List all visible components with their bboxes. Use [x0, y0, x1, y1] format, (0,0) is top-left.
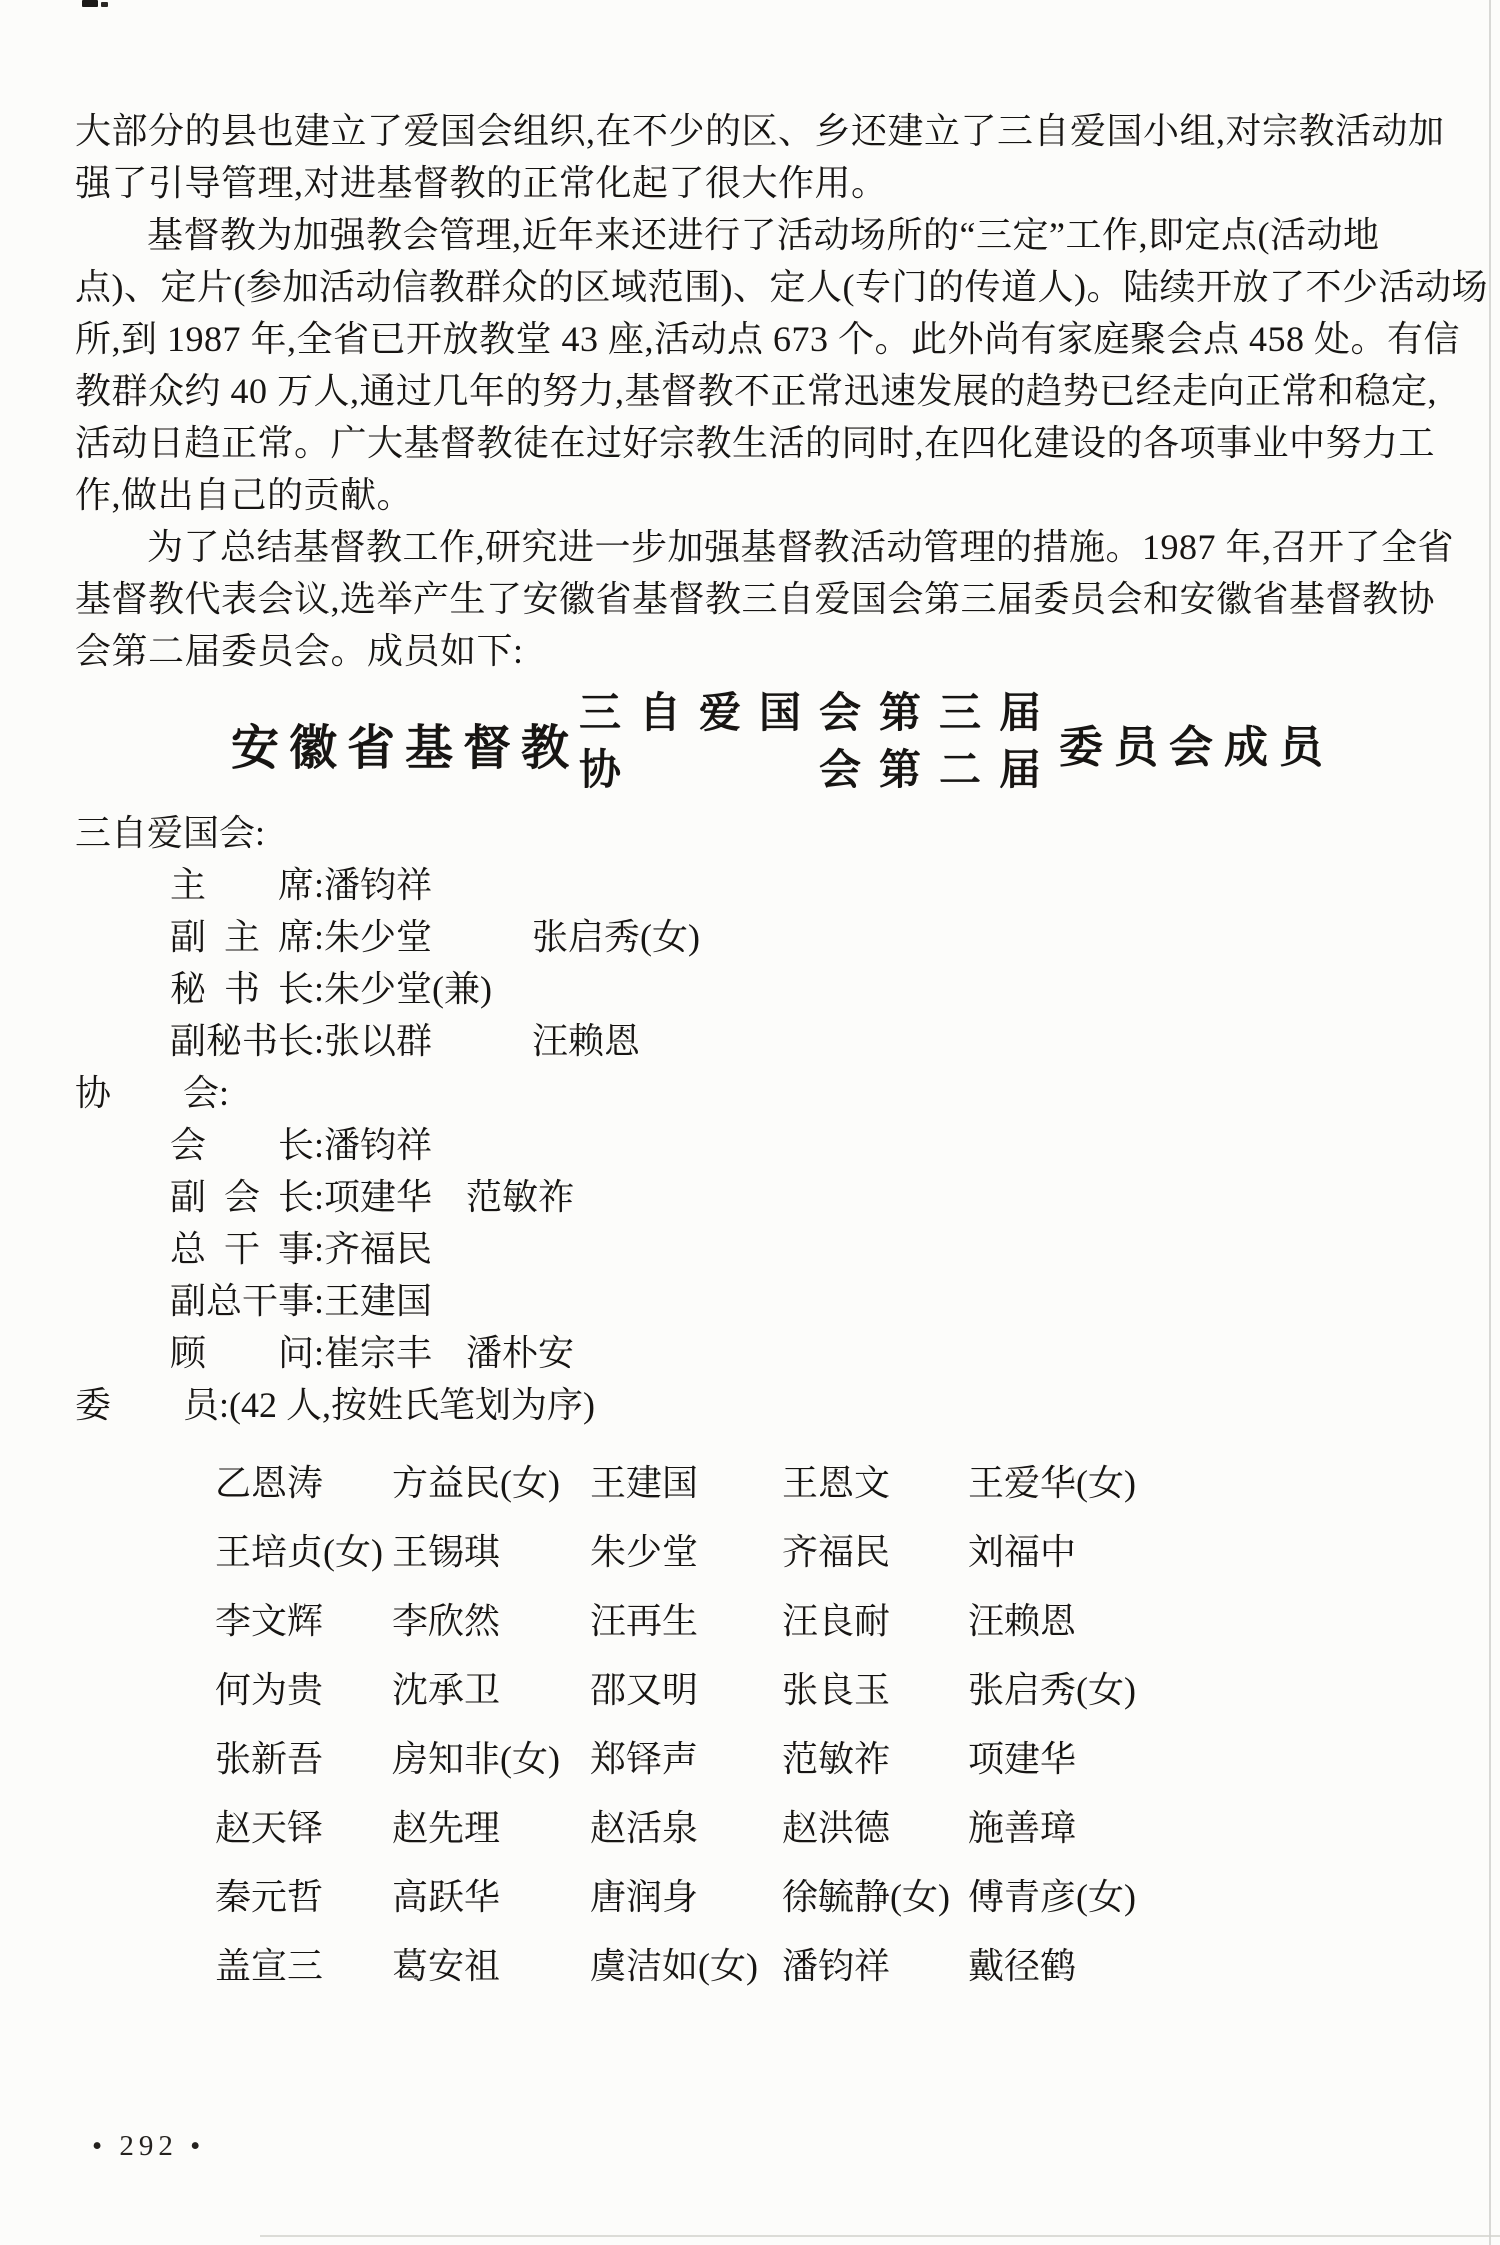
title-char: 副: [170, 911, 206, 963]
title-char: 副: [170, 1275, 206, 1327]
title-char: 干: [224, 1223, 260, 1275]
colon: :: [314, 865, 324, 905]
person-name: 张启秀(女): [532, 911, 700, 963]
person-name: 齐福民: [324, 1223, 432, 1275]
person-name: 项建华: [324, 1171, 432, 1223]
heading-right-title: 委员会成员: [1059, 711, 1334, 775]
title-char: 顾: [170, 1327, 206, 1379]
roster-entry-title: 顾问: [170, 1327, 314, 1379]
person-name: 范敏祚: [466, 1171, 574, 1223]
body-paragraphs: 大部分的县也建立了爱国会组织,在不少的区、乡还建立了三自爱国小组,对宗教活动加强…: [75, 105, 1436, 677]
scan-edge-line: [1489, 0, 1491, 2245]
title-char: 会: [183, 1067, 219, 1119]
person-name: 张以群: [324, 1015, 432, 1067]
heading-middle-title: 三自爱国会第三届 协 会第二届: [579, 686, 1059, 800]
roster-entry: 副主席:朱少堂张启秀(女): [75, 911, 1436, 963]
person-name: 崔宗丰: [324, 1327, 432, 1379]
page-content: 大部分的县也建立了爱国会组织,在不少的区、乡还建立了三自爱国小组,对宗教活动加强…: [0, 0, 1500, 2001]
roster-entry-title: 主席: [170, 859, 314, 911]
member-name: 王培贞(女): [215, 1518, 392, 1587]
member-name: 乙恩涛: [215, 1449, 392, 1518]
member-name: 施善璋: [968, 1794, 1436, 1863]
body-line: 点)、定片(参加活动信教群众的区域范围)、定人(专门的传道人)。陆续开放了不少活…: [75, 261, 1436, 313]
body-line: 活动日趋正常。广大基督教徒在过好宗教生活的同时,在四化建设的各项事业中努力工: [75, 417, 1436, 469]
member-name: 高跃华: [392, 1863, 590, 1932]
title-char: 长: [278, 1171, 314, 1223]
title-char: 会: [224, 1171, 260, 1223]
person-name: 朱少堂: [324, 911, 432, 963]
body-line: 大部分的县也建立了爱国会组织,在不少的区、乡还建立了三自爱国小组,对宗教活动加: [75, 105, 1436, 157]
body-line: 教群众约 40 万人,通过几年的努力,基督教不正常迅速发展的趋势已经走向正常和稳…: [75, 365, 1436, 417]
heading-middle-bottom-right: 会第二届: [819, 743, 1059, 800]
member-name: 王锡琪: [392, 1518, 590, 1587]
scan-edge-line: [260, 2235, 1500, 2237]
colon: :: [314, 917, 324, 957]
roster-entry: 总干事:齐福民: [75, 1223, 1436, 1275]
member-name: 方益民(女): [392, 1449, 590, 1518]
roster-entry-title: 秘书长: [170, 963, 314, 1015]
member-name: 何为贵: [215, 1656, 392, 1725]
member-name: 戴径鹤: [968, 1932, 1436, 2001]
member-name: 王恩文: [782, 1449, 968, 1518]
title-char: 事: [278, 1275, 314, 1327]
heading-left-title: 安徽省基督教: [231, 709, 579, 778]
scan-speck-icon: [101, 2, 108, 7]
member-name: 项建华: [968, 1725, 1436, 1794]
title-char: 主: [170, 859, 206, 911]
member-name: 唐润身: [590, 1863, 782, 1932]
member-name: 房知非(女): [392, 1725, 590, 1794]
member-name: 盖宣三: [215, 1932, 392, 2001]
roster-entry: 顾问:崔宗丰潘朴安: [75, 1327, 1436, 1379]
body-line: 会第二届委员会。成员如下:: [75, 625, 1436, 677]
title-char: 委: [75, 1379, 111, 1431]
person-name: 朱少堂(兼): [324, 963, 492, 1015]
person-name: 王建国: [324, 1275, 432, 1327]
page-number: • 292 •: [92, 2130, 205, 2163]
colon: :: [314, 1125, 324, 1165]
roster-entry: 秘书长:朱少堂(兼): [75, 963, 1436, 1015]
title-char: 事: [278, 1223, 314, 1275]
member-name: 齐福民: [782, 1518, 968, 1587]
title-char: 长: [278, 1015, 314, 1067]
title-char: 长: [278, 1119, 314, 1171]
member-name: 王爱华(女): [968, 1449, 1436, 1518]
body-line: 基督教代表会议,选举产生了安徽省基督教三自爱国会第三届委员会和安徽省基督教协: [75, 573, 1436, 625]
member-name: 刘福中: [968, 1518, 1436, 1587]
title-char: 书: [224, 963, 260, 1015]
body-line: 所,到 1987 年,全省已开放教堂 43 座,活动点 673 个。此外尚有家庭…: [75, 313, 1436, 365]
colon: :: [314, 1229, 324, 1269]
colon: :: [255, 813, 265, 853]
roster-entry-title: 会长: [170, 1119, 314, 1171]
person-name: 潘钧祥: [324, 1119, 432, 1171]
body-line: 作,做出自己的贡献。: [75, 469, 1436, 521]
title-char: 秘: [170, 963, 206, 1015]
colon: :: [314, 1281, 324, 1321]
members-grid: 乙恩涛方益民(女)王建国王恩文王爱华(女)王培贞(女)王锡琪朱少堂齐福民刘福中李…: [215, 1449, 1436, 2001]
scanned-book-page: 大部分的县也建立了爱国会组织,在不少的区、乡还建立了三自爱国小组,对宗教活动加强…: [0, 0, 1500, 2245]
title-char: 会: [170, 1119, 206, 1171]
title-char: 员: [183, 1379, 219, 1431]
colon: :: [219, 1073, 229, 1113]
roster-entry-title: 副主席: [170, 911, 314, 963]
members-label-title: 委员: [75, 1379, 219, 1431]
member-name: 秦元哲: [215, 1863, 392, 1932]
member-name: 范敏祚: [782, 1725, 968, 1794]
colon: :: [314, 1021, 324, 1061]
committee-heading: 安徽省基督教 三自爱国会第三届 协 会第二届 委员会成员: [75, 677, 1436, 807]
scan-speck-icon: [82, 0, 98, 7]
title-char: 总: [206, 1275, 242, 1327]
title-char: 主: [224, 911, 260, 963]
member-name: 张新吾: [215, 1725, 392, 1794]
members-label: 委员:(42 人,按姓氏笔划为序): [75, 1379, 1436, 1431]
member-name: 虞洁如(女): [590, 1932, 782, 2001]
roster-entry-title: 总干事: [170, 1223, 314, 1275]
member-name: 徐毓静(女): [782, 1863, 968, 1932]
title-char: 秘: [206, 1015, 242, 1067]
body-line: 基督教为加强教会管理,近年来还进行了活动场所的“三定”工作,即定点(活动地: [75, 209, 1436, 261]
roster-section-title: 协会: [75, 1067, 219, 1119]
member-name: 李欣然: [392, 1587, 590, 1656]
member-name: 赵活泉: [590, 1794, 782, 1863]
roster-section-heading: 三自爱国会:: [75, 807, 1436, 859]
member-name: 朱少堂: [590, 1518, 782, 1587]
title-char: 席: [278, 911, 314, 963]
title-char: 书: [242, 1015, 278, 1067]
person-name: 汪赖恩: [532, 1015, 640, 1067]
member-name: 潘钧祥: [782, 1932, 968, 2001]
member-name: 邵又明: [590, 1656, 782, 1725]
member-name: 汪再生: [590, 1587, 782, 1656]
roster-entry-title: 副会长: [170, 1171, 314, 1223]
title-char: 总: [170, 1223, 206, 1275]
roster-section-heading: 协会:: [75, 1067, 1436, 1119]
body-line: 为了总结基督教工作,研究进一步加强基督教活动管理的措施。1987 年,召开了全省: [75, 521, 1436, 573]
member-name: 王建国: [590, 1449, 782, 1518]
heading-middle-bottom-left: 协: [579, 743, 639, 800]
roster-entry: 副秘书长:张以群汪赖恩: [75, 1015, 1436, 1067]
body-line: 强了引导管理,对进基督教的正常化起了很大作用。: [75, 157, 1436, 209]
person-name: 潘朴安: [466, 1327, 574, 1379]
roster-entry-title: 副总干事: [170, 1275, 314, 1327]
colon: :: [314, 1177, 324, 1217]
roster-entry: 主席:潘钧祥: [75, 859, 1436, 911]
roster-entry: 会长:潘钧祥: [75, 1119, 1436, 1171]
member-name: 张良玉: [782, 1656, 968, 1725]
member-name: 赵天铎: [215, 1794, 392, 1863]
title-char: 长: [278, 963, 314, 1015]
member-name: 李文辉: [215, 1587, 392, 1656]
title-char: 副: [170, 1015, 206, 1067]
officer-roster: 三自爱国会:主席:潘钧祥副主席:朱少堂张启秀(女)秘书长:朱少堂(兼)副秘书长:…: [75, 807, 1436, 1431]
title-char: 协: [75, 1067, 111, 1119]
colon: :: [314, 1333, 324, 1373]
member-name: 沈承卫: [392, 1656, 590, 1725]
roster-entry-title: 副秘书长: [170, 1015, 314, 1067]
member-name: 赵洪德: [782, 1794, 968, 1863]
person-name: 潘钧祥: [324, 859, 432, 911]
member-name: 汪赖恩: [968, 1587, 1436, 1656]
member-name: 张启秀(女): [968, 1656, 1436, 1725]
title-char: 副: [170, 1171, 206, 1223]
colon: :: [314, 969, 324, 1009]
title-char: 问: [278, 1327, 314, 1379]
heading-middle-bottom: 协 会第二届: [579, 743, 1059, 800]
member-name: 傅青彦(女): [968, 1863, 1436, 1932]
members-label-suffix: :(42 人,按姓氏笔划为序): [219, 1385, 595, 1425]
member-name: 郑铎声: [590, 1725, 782, 1794]
title-char: 干: [242, 1275, 278, 1327]
title-char: 席: [278, 859, 314, 911]
member-name: 汪良耐: [782, 1587, 968, 1656]
roster-section-title: 三自爱国会: [75, 813, 255, 853]
roster-entry: 副会长:项建华范敏祚: [75, 1171, 1436, 1223]
member-name: 葛安祖: [392, 1932, 590, 2001]
member-name: 赵先理: [392, 1794, 590, 1863]
heading-middle-top: 三自爱国会第三届: [579, 686, 1059, 743]
roster-entry: 副总干事:王建国: [75, 1275, 1436, 1327]
